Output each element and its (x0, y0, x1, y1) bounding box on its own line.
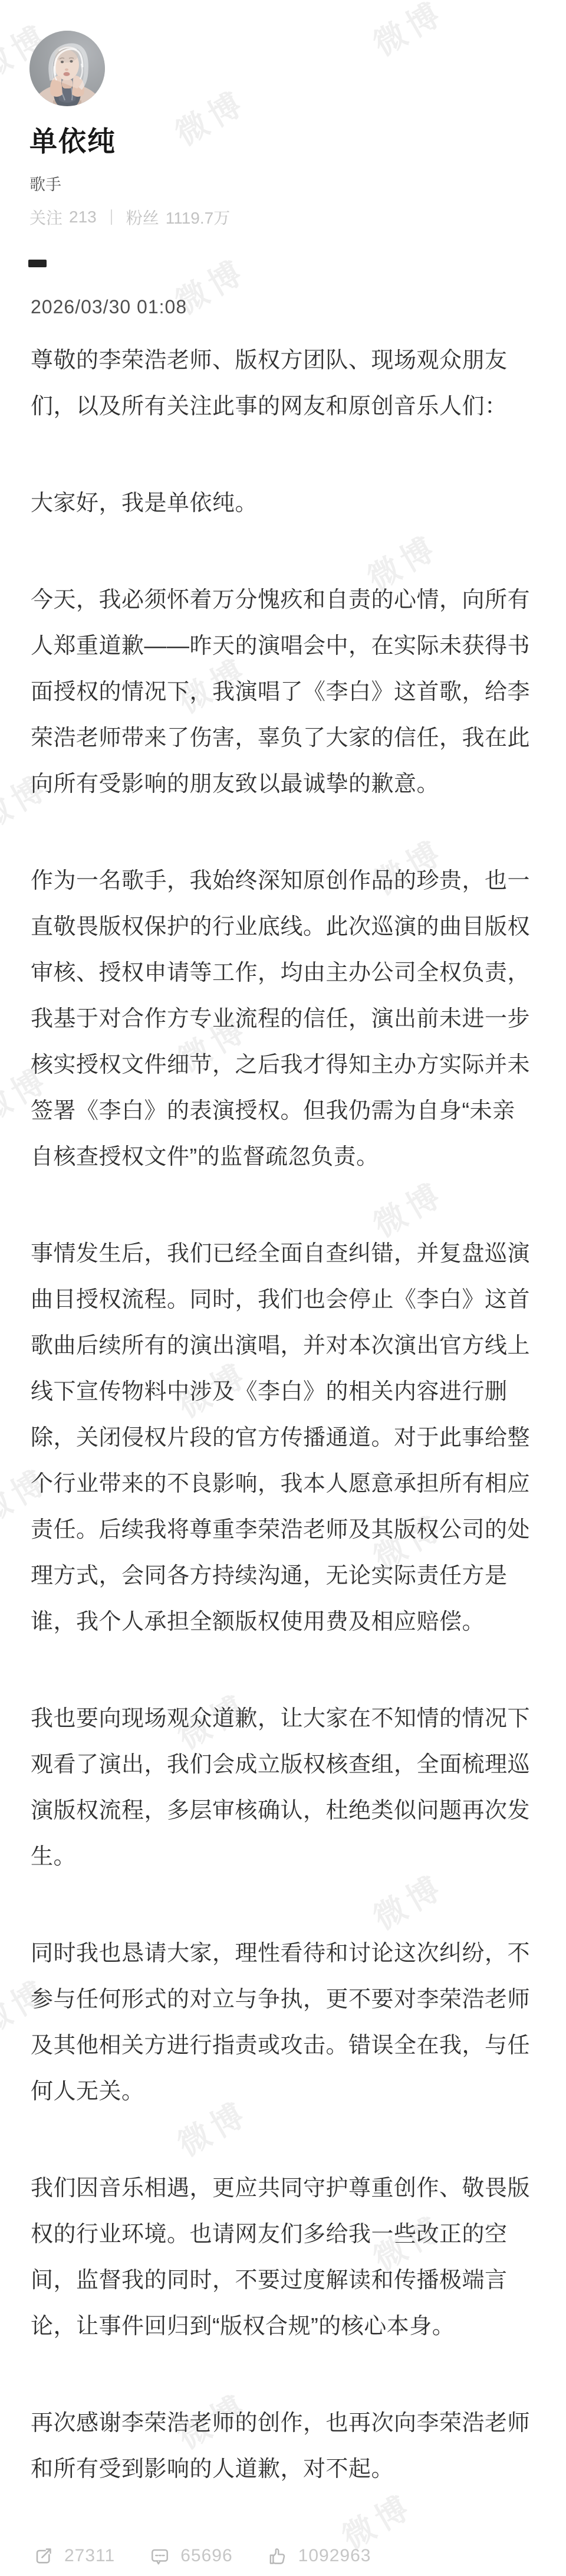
weibo-watermark: 微博 (364, 0, 452, 65)
post-line: 向所有受影响的朋友致以最诚挚的歉意。 (31, 761, 542, 807)
post-content: 尊敬的李荣浩老师、版权方团队、现场观众朋友们，以及所有关注此事的网友和原创音乐人… (31, 337, 542, 2492)
post-paragraph: 再次感谢李荣浩老师的创作，也再次向李荣浩老师和所有受到影响的人道歉，对不起。 (31, 2400, 542, 2492)
post-line: 面授权的情况下，我演唱了《李白》这首歌，给李 (31, 669, 542, 715)
post-line: 及其他相关方进行指责或攻击。错误全在我，与任 (31, 2023, 542, 2069)
post-line: 除，关闭侵权片段的官方传播通道。对于此事给整 (31, 1415, 542, 1461)
following-stat[interactable]: 关注 213 (29, 205, 97, 229)
post-paragraph: 我也要向现场观众道歉，让大家在不知情的情况下观看了演出，我们会成立版权核查组，全… (31, 1696, 542, 1880)
like-count: 1092963 (298, 2546, 371, 2566)
post-line: 演版权流程，多层审核确认，杜绝类似问题再次发 (31, 1788, 542, 1834)
post-line: 歌曲后续所有的演出演唱，并对本次演出官方线上 (31, 1323, 542, 1369)
post-line: 荣浩老师带来了伤害，辜负了大家的信任，我在此 (31, 715, 542, 761)
post-paragraph: 我们因音乐相遇，更应共同守护尊重创作、敬畏版权的行业环境。也请网友们多给我一些改… (31, 2165, 542, 2349)
post-line: 大家好，我是单依纯。 (31, 480, 542, 526)
post-line: 审核、授权申请等工作，均由主办公司全权负责， (31, 950, 542, 996)
post-line: 谁，我个人承担全额版权使用费及相应赔偿。 (31, 1599, 542, 1645)
post-line: 观看了演出，我们会成立版权核查组，全面梳理巡 (31, 1742, 542, 1788)
post-line: 间，监督我的同时，不要过度解读和传播极端言 (31, 2257, 542, 2303)
post-line: 曲目授权流程。同时，我们也会停止《李白》这首 (31, 1277, 542, 1323)
comment-icon (149, 2545, 170, 2567)
post-paragraph: 今天，我必须怀着万分愧疚和自责的心情，向所有人郑重道歉——昨天的演唱会中，在实际… (31, 577, 542, 807)
avatar[interactable] (29, 31, 105, 106)
post-line: 核实授权文件细节，之后我才得知主办方实际并未 (31, 1042, 542, 1088)
post-paragraph: 尊敬的李荣浩老师、版权方团队、现场观众朋友们，以及所有关注此事的网友和原创音乐人… (31, 337, 542, 430)
post-line: 人郑重道歉——昨天的演唱会中，在实际未获得书 (31, 623, 542, 669)
following-label: 关注 (29, 205, 62, 229)
action-bar: 27311 65696 1092963 (33, 2545, 371, 2567)
post-line: 自核查授权文件”的监督疏忽负责。 (31, 1134, 542, 1180)
post-line: 和所有受到影响的人道歉，对不起。 (31, 2446, 542, 2492)
share-action[interactable]: 27311 (33, 2545, 115, 2567)
weibo-watermark: 微博 (166, 77, 254, 155)
post-line: 理方式，会同各方持续沟通，无论实际责任方是 (31, 1553, 542, 1599)
post-paragraph: 大家好，我是单依纯。 (31, 480, 542, 526)
post-line: 责任。后续我将尊重李荣浩老师及其版权公司的处 (31, 1507, 542, 1553)
post-line: 签署《李白》的表演授权。但我仍需为自身“未亲 (31, 1088, 542, 1134)
post-timestamp: 2026/03/30 01:08 (31, 296, 187, 318)
post-line: 直敬畏版权保护的行业底线。此次巡演的曲目版权 (31, 904, 542, 950)
share-count: 27311 (64, 2546, 115, 2566)
post-paragraph: 同时我也恳请大家，理性看待和讨论这次纠纷，不参与任何形式的对立与争执，更不要对李… (31, 1931, 542, 2115)
post-line: 线下宣传物料中涉及《李白》的相关内容进行删 (31, 1369, 542, 1415)
post-line: 我基于对合作方专业流程的信任，演出前未进一步 (31, 996, 542, 1042)
collapsed-divider (28, 260, 47, 267)
post-paragraph: 事情发生后，我们已经全面自查纠错，并复盘巡演曲目授权流程。同时，我们也会停止《李… (31, 1231, 542, 1645)
comment-count: 65696 (180, 2546, 232, 2566)
following-count: 213 (69, 208, 97, 227)
post-line: 尊敬的李荣浩老师、版权方团队、现场观众朋友 (31, 337, 542, 384)
post-line: 再次感谢李荣浩老师的创作，也再次向李荣浩老师 (31, 2400, 542, 2446)
weibo-post-page: 微博微博微博微博微博微博微博微博微博微博微博微博微博微博微博微博微博微博微博微博… (0, 0, 566, 2576)
user-name: 单依纯 (29, 125, 116, 158)
comment-action[interactable]: 65696 (149, 2545, 232, 2567)
followers-label: 粉丝 (126, 205, 159, 229)
followers-stat[interactable]: 粉丝 1119.7万 (126, 205, 231, 229)
post-line: 我们因音乐相遇，更应共同守护尊重创作、敬畏版 (31, 2165, 542, 2211)
share-icon (33, 2545, 54, 2567)
like-icon (267, 2545, 288, 2567)
stats-divider (111, 209, 112, 225)
post-line: 个行业带来的不良影响，我本人愿意承担所有相应 (31, 1461, 542, 1507)
followers-count: 1119.7万 (166, 205, 231, 229)
post-line: 今天，我必须怀着万分愧疚和自责的心情，向所有 (31, 577, 542, 623)
post-line: 参与任何形式的对立与争执，更不要对李荣浩老师 (31, 1977, 542, 2023)
post-paragraph: 作为一名歌手，我始终深知原创作品的珍贵，也一直敬畏版权保护的行业底线。此次巡演的… (31, 858, 542, 1180)
avatar-photo (29, 31, 105, 106)
like-action[interactable]: 1092963 (267, 2545, 371, 2567)
post-line: 作为一名歌手，我始终深知原创作品的珍贵，也一 (31, 858, 542, 904)
post-line: 权的行业环境。也请网友们多给我一些改正的空 (31, 2211, 542, 2257)
user-occupation: 歌手 (29, 172, 61, 195)
post-line: 生。 (31, 1834, 542, 1880)
post-line: 同时我也恳请大家，理性看待和讨论这次纠纷，不 (31, 1931, 542, 1977)
post-line: 们，以及所有关注此事的网友和原创音乐人们： (31, 384, 542, 430)
post-line: 论，让事件回归到“版权合规”的核心本身。 (31, 2303, 542, 2349)
post-line: 何人无关。 (31, 2069, 542, 2115)
follow-stats: 关注 213 粉丝 1119.7万 (29, 205, 230, 229)
post-line: 事情发生后，我们已经全面自查纠错，并复盘巡演 (31, 1231, 542, 1277)
post-line: 我也要向现场观众道歉，让大家在不知情的情况下 (31, 1696, 542, 1742)
